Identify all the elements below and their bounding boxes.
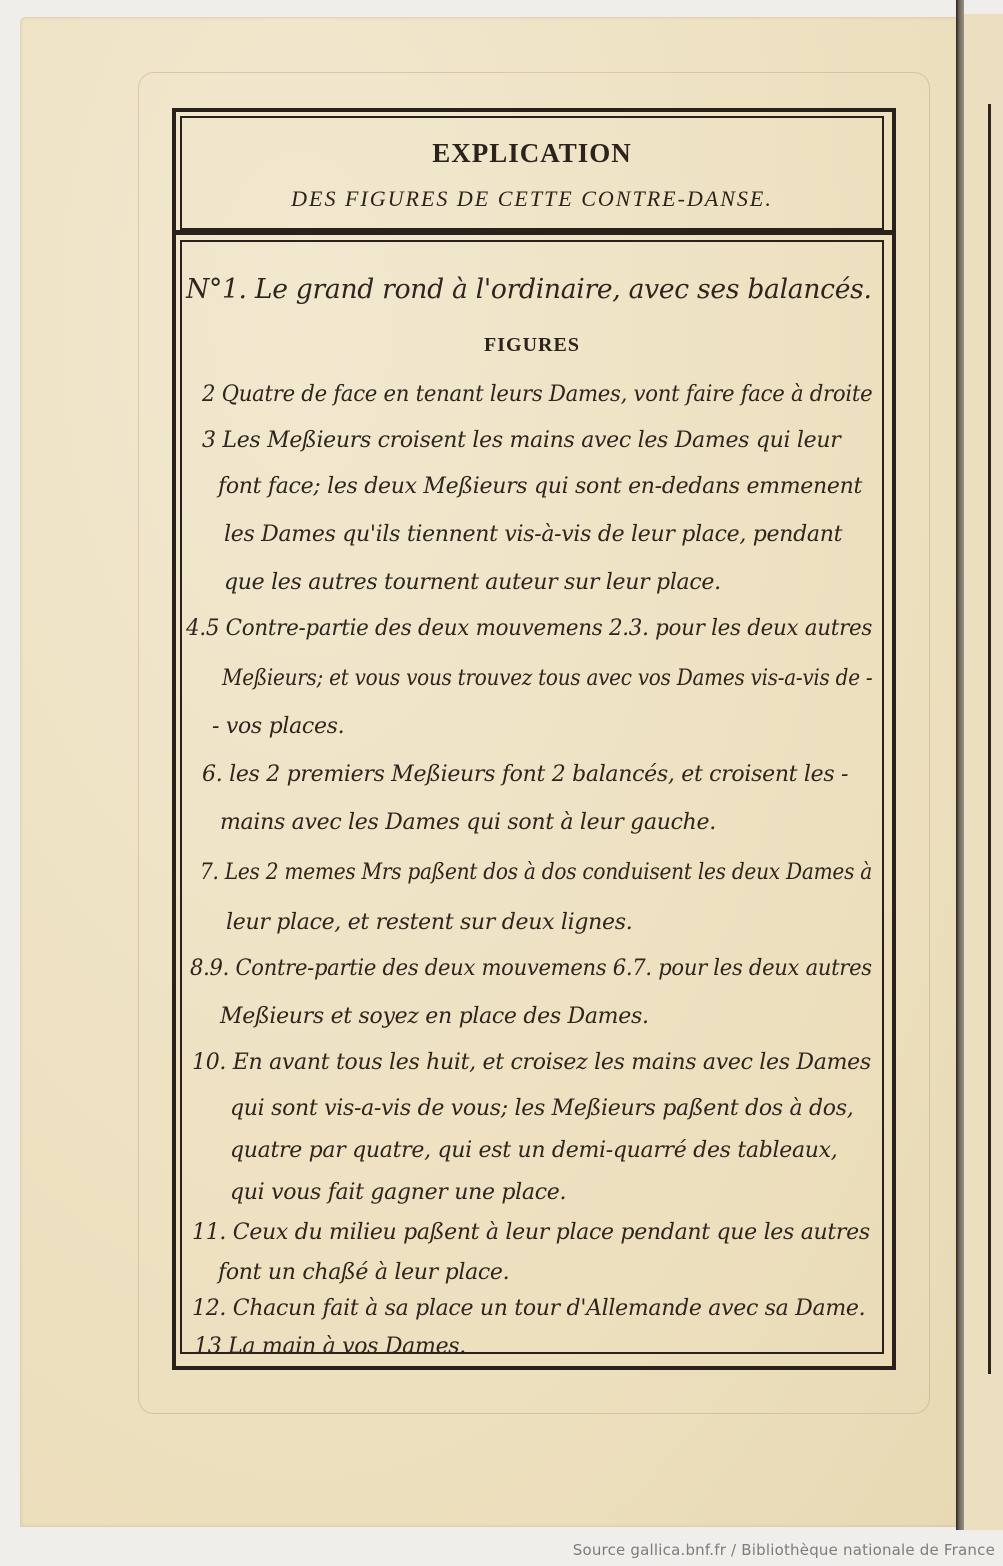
- figure-line: leur place, et restent sur deux lignes.: [226, 910, 632, 935]
- header-divider: [172, 230, 896, 235]
- figure-line: 7. Les 2 memes Mrs paßent dos à dos cond…: [200, 860, 872, 885]
- book-gutter: [956, 0, 964, 1530]
- figure-line: 3 Les Meßieurs croisent les mains avec l…: [202, 428, 840, 453]
- figure-line: 8.9. Contre-partie des deux mouvemens 6.…: [190, 956, 872, 981]
- figure-line: 10. En avant tous les huit, et croisez l…: [192, 1050, 871, 1075]
- figure-line: 2 Quatre de face en tenant leurs Dames, …: [202, 382, 872, 407]
- figure-line: Meßieurs et soyez en place des Dames.: [220, 1004, 649, 1029]
- adjacent-page-edge: [964, 14, 1003, 1530]
- adjacent-page-frame: [988, 104, 997, 1374]
- figure-line: 6. les 2 premiers Meßieurs font 2 balanc…: [202, 762, 848, 787]
- page-title: EXPLICATION: [182, 138, 882, 169]
- figure-line: - vos places.: [212, 714, 344, 739]
- figure-line: font face; les deux Meßieurs qui sont en…: [218, 474, 862, 499]
- figure-line: 4.5 Contre-partie des deux mouvemens 2.3…: [186, 616, 872, 641]
- figures-heading: FIGURES: [182, 334, 882, 357]
- figure-line: quatre par quatre, qui est un demi-quarr…: [230, 1138, 837, 1163]
- figure-line: qui vous fait gagner une place.: [230, 1180, 566, 1205]
- page-subtitle: DES FIGURES DE CETTE CONTRE-DANSE.: [192, 186, 872, 212]
- figure-line: Meßieurs; et vous vous trouvez tous avec…: [222, 666, 872, 691]
- figure-line: font un chaßé à leur place.: [218, 1260, 509, 1285]
- figure-line: 13 La main à vos Dames.: [194, 1334, 466, 1359]
- figure-line: qui sont vis-a-vis de vous; les Meßieurs…: [230, 1096, 853, 1121]
- figure-line: 11. Ceux du milieu paßent à leur place p…: [192, 1220, 870, 1245]
- header-box: EXPLICATION DES FIGURES DE CETTE CONTRE-…: [180, 116, 884, 230]
- figures-body: N°1. Le grand rond à l'ordinaire, avec s…: [180, 240, 884, 1354]
- figure-line: les Dames qu'ils tiennent vis-à-vis de l…: [224, 522, 842, 547]
- figure-line: 12. Chacun fait à sa place un tour d'All…: [192, 1296, 865, 1321]
- figure-line: mains avec les Dames qui sont à leur gau…: [220, 810, 716, 835]
- source-credit: Source gallica.bnf.fr / Bibliothèque nat…: [573, 1541, 995, 1559]
- figure-line: que les autres tournent auteur sur leur …: [224, 570, 721, 595]
- intro-line: N°1. Le grand rond à l'ordinaire, avec s…: [186, 274, 872, 305]
